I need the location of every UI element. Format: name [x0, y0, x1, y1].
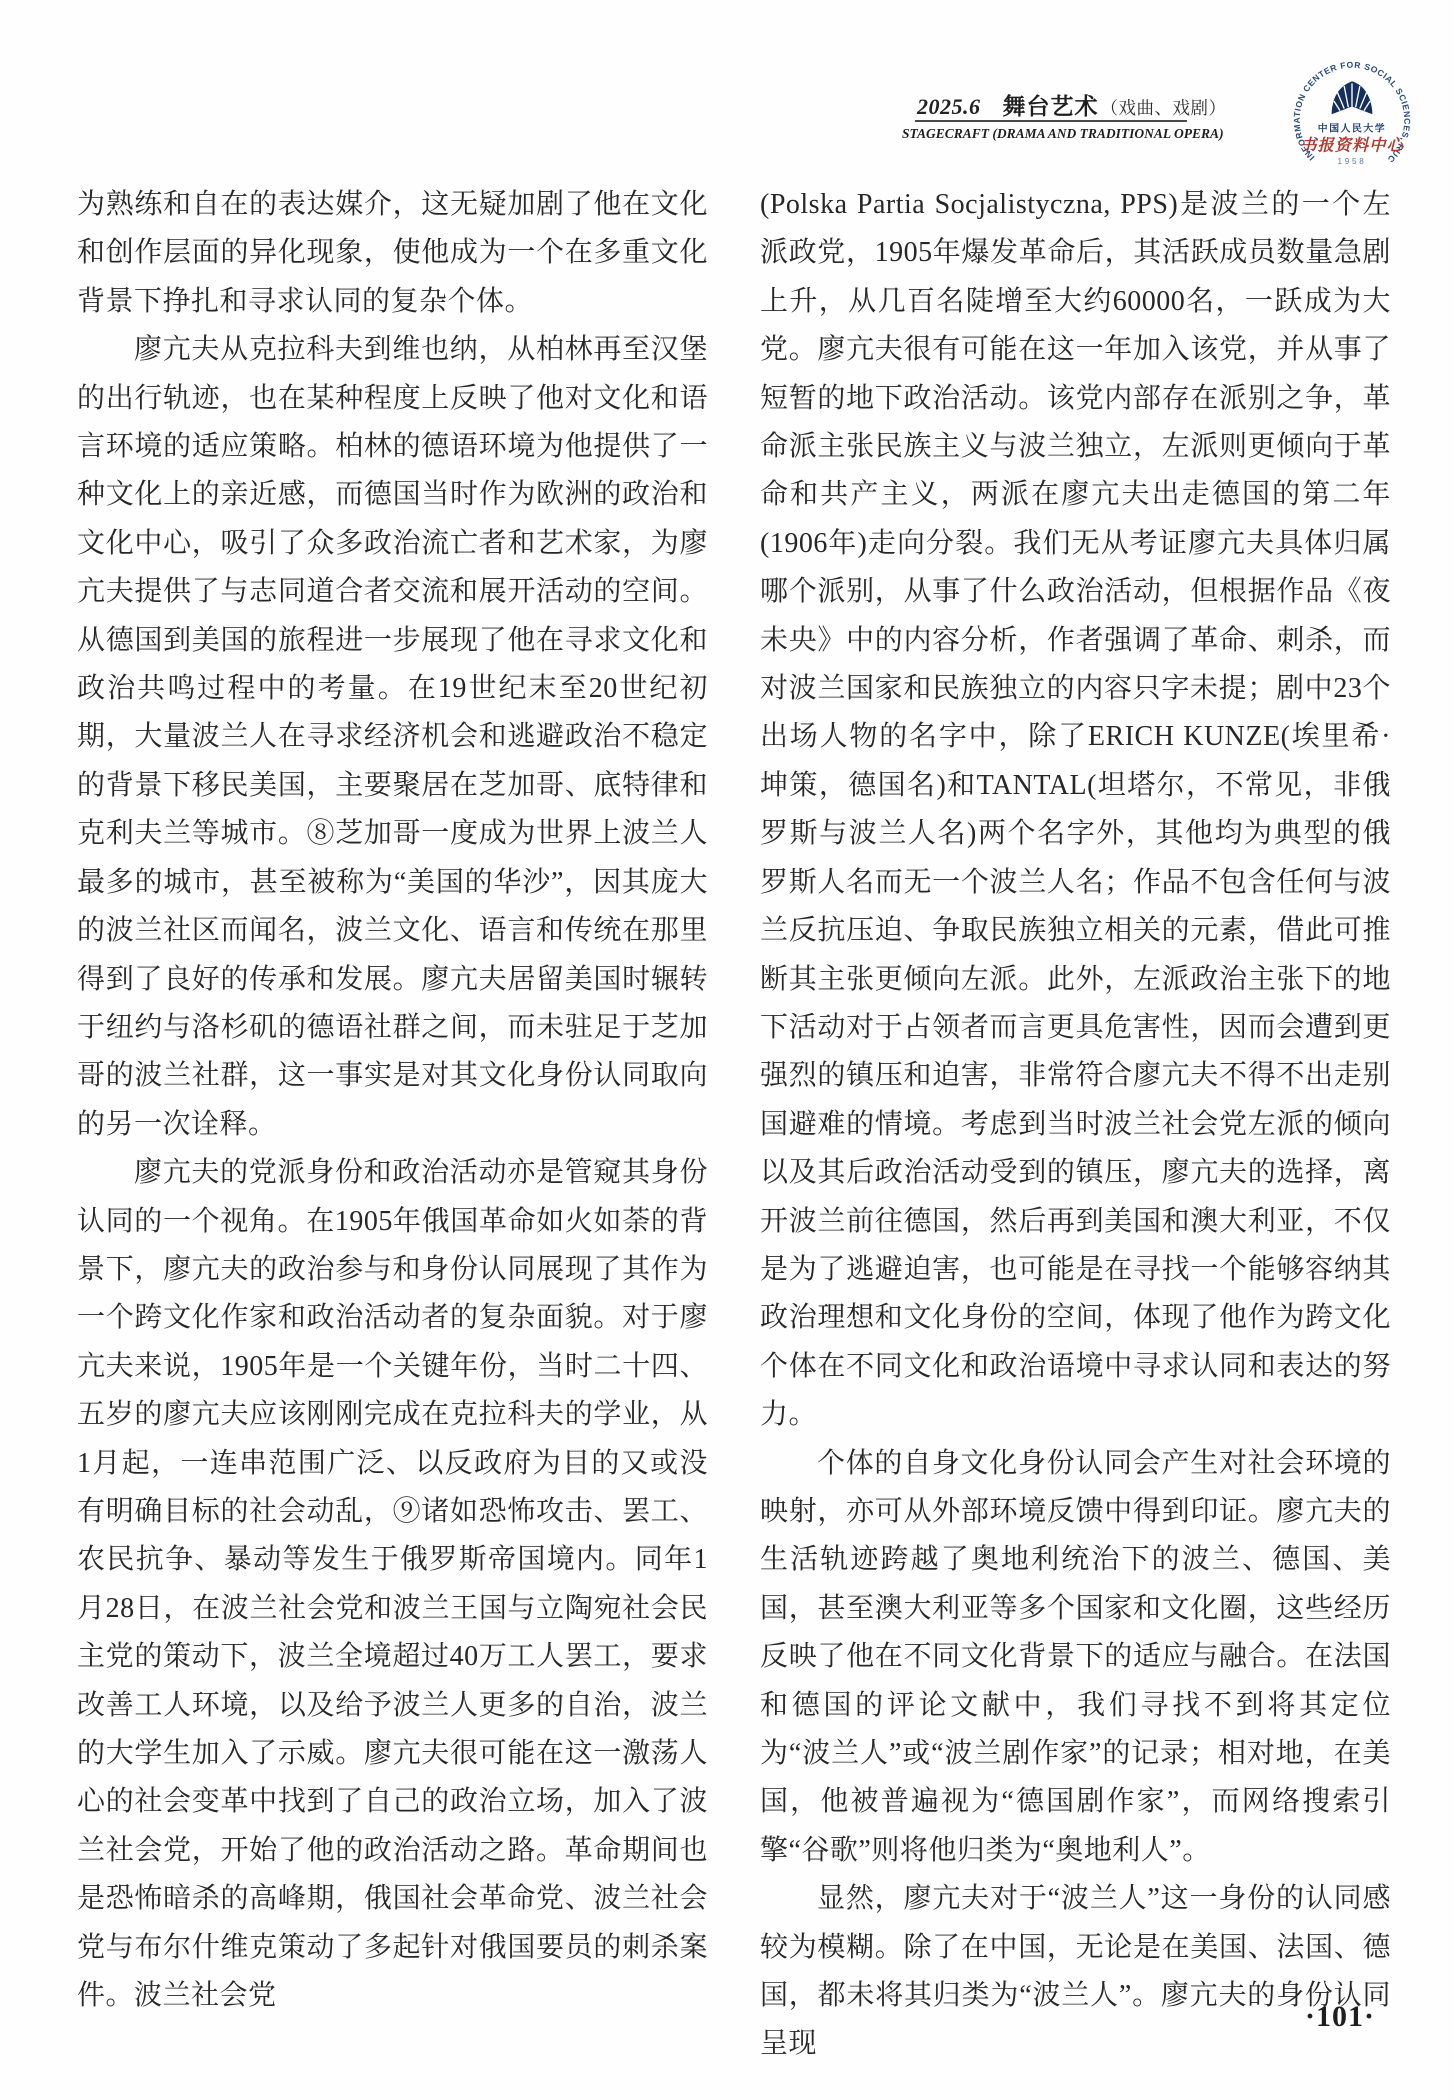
page-number: ·101·	[1270, 2000, 1410, 2034]
text-column-left: 为熟练和自在的表达媒介，这无疑加剧了他在文化和创作层面的异化现象，使他成为一个在…	[77, 181, 708, 2020]
paragraph: 廖亢夫从克拉科夫到维也纳，从柏林再至汉堡的出行轨迹，也在某种程度上反映了他对文化…	[77, 326, 708, 1149]
running-head-title-row: 2025.6 舞台艺术 （戏曲、戏剧）	[917, 88, 1227, 121]
book-icon	[1332, 81, 1373, 114]
journal-title-cn: 舞台艺术	[1003, 88, 1099, 121]
logo-university-name: 中国人民大学	[1318, 122, 1386, 135]
logo-center-name: 书报资料中心	[1300, 135, 1405, 154]
journal-title-en: STAGECRAFT (DRAMA AND TRADITIONAL OPERA)	[902, 126, 1188, 142]
paragraph: 廖亢夫的党派身份和政治活动亦是管窥其身份认同的一个视角。在1905年俄国革命如火…	[77, 1149, 708, 2020]
logo-founding-year: 1958	[1337, 157, 1366, 166]
journal-subtitle-cn: （戏曲、戏剧）	[1101, 95, 1227, 120]
paragraph-continuation: (Polska Partia Socjalistyczna, PPS)是波兰的一…	[760, 181, 1391, 1440]
ruc-press-logo: INFORMATION CENTER FOR SOCIAL SCIENCES, …	[1284, 52, 1420, 188]
paragraph: 显然，廖亢夫对于“波兰人”这一身份的认同感较为模糊。除了在中国，无论是在美国、法…	[760, 1875, 1391, 2069]
issue-number: 2025.6	[917, 94, 981, 120]
header-rule	[915, 120, 1187, 122]
text-column-right: (Polska Partia Socjalistyczna, PPS)是波兰的一…	[760, 181, 1391, 2069]
paragraph: 个体的自身文化身份认同会产生对社会环境的映射，亦可从外部环境反馈中得到印证。廖亢…	[760, 1440, 1391, 1876]
journal-page: 2025.6 舞台艺术 （戏曲、戏剧） STAGECRAFT (DRAMA AN…	[0, 0, 1454, 2100]
paragraph-continuation: 为熟练和自在的表达媒介，这无疑加剧了他在文化和创作层面的异化现象，使他成为一个在…	[77, 181, 708, 326]
